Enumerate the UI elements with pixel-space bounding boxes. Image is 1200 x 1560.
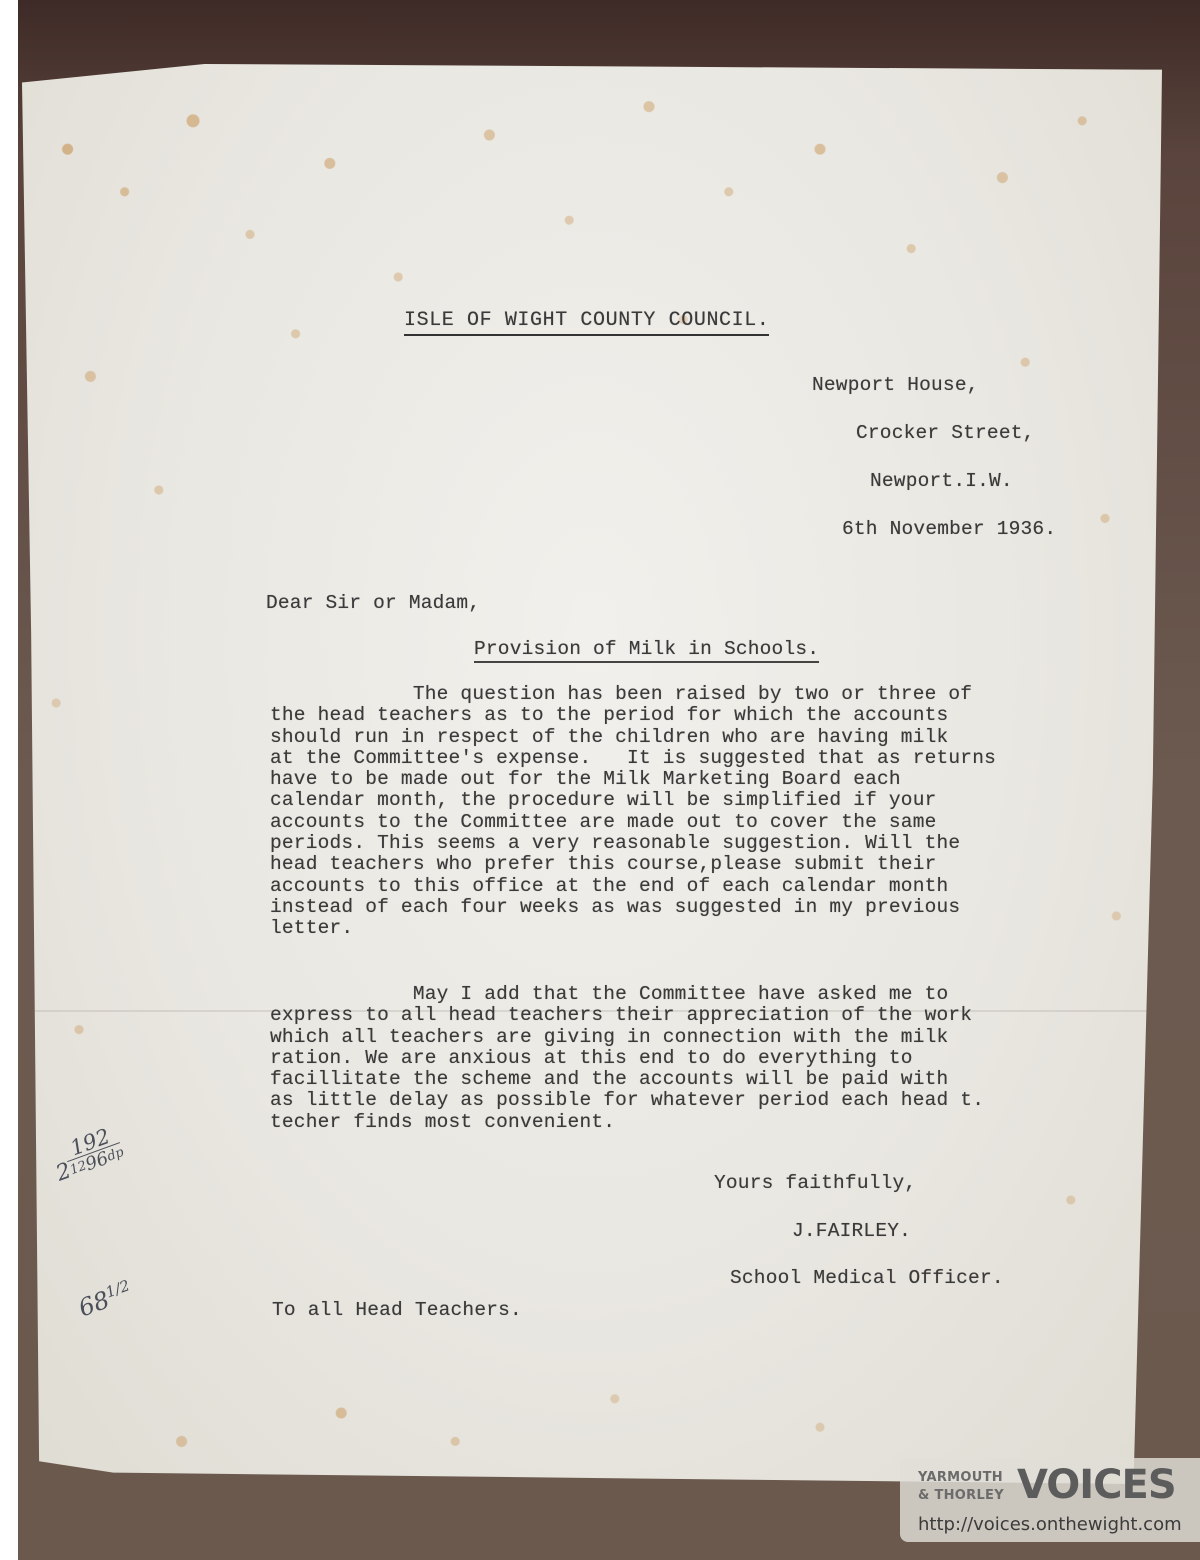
address-line-2: Crocker Street, <box>856 422 1035 444</box>
body-paragraph-2: May I add that the Committee have asked … <box>270 984 984 1133</box>
hw-fraction: 1921296dp <box>60 1123 127 1181</box>
signatory-title: School Medical Officer. <box>730 1267 1004 1289</box>
address-line-1: Newport House, <box>812 374 979 396</box>
watermark-line-1: YARMOUTH <box>918 1470 1003 1485</box>
letter-date: 6th November 1936. <box>842 518 1056 540</box>
handwritten-note-total: 681/2 <box>74 1275 134 1318</box>
watermark-url: http://voices.onthewight.com <box>918 1514 1182 1535</box>
closing: Yours faithfully, <box>714 1172 916 1194</box>
signature-name: J.FAIRLEY. <box>792 1220 911 1242</box>
photo-border-strip <box>0 0 18 1560</box>
watermark-line-2: & THORLEY <box>918 1488 1004 1503</box>
recipient-line: To all Head Teachers. <box>272 1299 522 1321</box>
hw-half: 1/2 <box>103 1276 132 1301</box>
letter-paper: ISLE OF WIGHT COUNTY COUNCIL. Newport Ho… <box>22 64 1162 1484</box>
salutation: Dear Sir or Madam, <box>266 592 480 614</box>
subject-line: Provision of Milk in Schools. <box>474 638 819 663</box>
letterhead-title: ISLE OF WIGHT COUNTY COUNCIL. <box>404 310 769 336</box>
handwritten-note-calculation: 21921296dp <box>47 1123 127 1186</box>
watermark-brand: VOICES <box>1017 1462 1176 1508</box>
body-paragraph-1: The question has been raised by two or t… <box>270 684 996 940</box>
watermark-badge: YARMOUTH & THORLEY VOICES http://voices.… <box>900 1458 1200 1542</box>
address-line-3: Newport.I.W. <box>870 470 1013 492</box>
